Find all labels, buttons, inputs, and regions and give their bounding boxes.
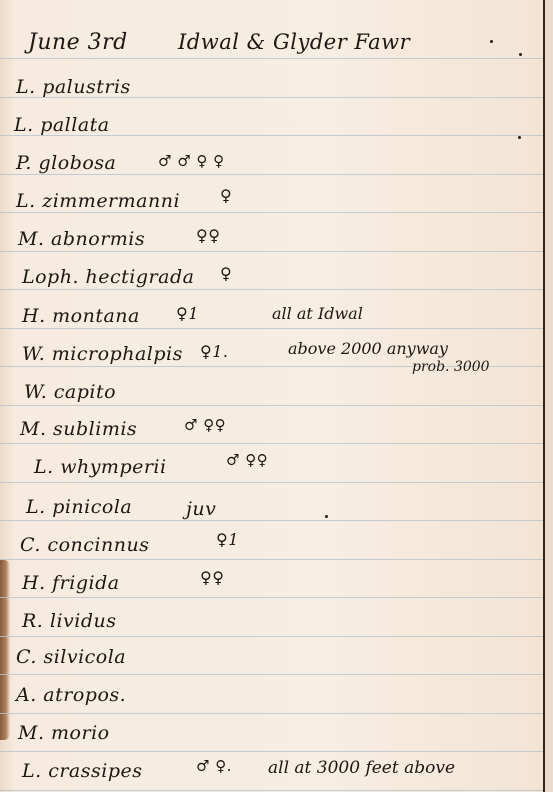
entry-sex-mark: ♂ ♀♀ [184, 416, 226, 434]
ruled-line [0, 674, 543, 675]
ruled-line [0, 212, 543, 213]
entry-sex-mark: ♀♀ [200, 568, 224, 587]
heading-date: June 3rd [28, 30, 128, 55]
ruled-line [0, 636, 543, 637]
altitude-note: all at 3000 feet above [268, 758, 455, 778]
ruled-line [0, 443, 543, 444]
entry-name: L. palustris [16, 76, 131, 98]
location-note: all at Idwal [272, 304, 363, 323]
entry-sex-mark: ♀ [220, 264, 232, 283]
ruled-line [0, 520, 543, 521]
adjacent-page-edge [545, 0, 553, 792]
entry-sex-mark: ♀1. [200, 342, 228, 361]
entry-name: L. zimmermanni [16, 190, 180, 212]
entry-name: L. pinicola [26, 496, 132, 518]
entry-sex-mark: ♀ [220, 186, 232, 205]
ruled-line [0, 289, 543, 290]
ink-spot [490, 40, 493, 43]
ink-spot [325, 515, 328, 518]
entry-sex-mark: ♂ ♂ ♀ ♀ [158, 152, 225, 170]
entry-name: L. crassipes [22, 760, 142, 782]
entry-name: Loph. hectigrada [22, 266, 194, 288]
entry-name: P. globosa [16, 152, 116, 174]
entry-name: M. abnormis [18, 228, 145, 250]
entry-name: H. frigida [22, 572, 120, 594]
altitude-note-secondary: prob. 3000 [412, 359, 490, 375]
entry-name: C. silvicola [16, 646, 126, 668]
ruled-line [0, 597, 543, 598]
entry-name: C. concinnus [20, 534, 149, 556]
entry-sex-mark: ♀1 [176, 304, 199, 323]
entry-name: L. whymperii [34, 456, 167, 478]
entry-name: L. pallata [14, 114, 110, 136]
page-edge [543, 0, 545, 792]
entry-sex-mark: juv [186, 498, 216, 520]
ruled-line [0, 328, 543, 329]
entry-sex-mark: ♂ ♀. [196, 757, 232, 775]
entry-sex-mark: ♀♀ [196, 226, 220, 245]
entry-name: M. sublimis [20, 418, 137, 440]
heading-location: Idwal & Glyder Fawr [178, 30, 410, 54]
entry-name: M. morio [18, 722, 110, 744]
ruled-line [0, 174, 543, 175]
ink-spot [518, 136, 521, 139]
ruled-line [0, 713, 543, 714]
ruled-line [0, 751, 543, 752]
entry-name: R. lividus [22, 610, 117, 632]
ruled-line [0, 559, 543, 560]
altitude-note: above 2000 anyway [288, 339, 448, 358]
entry-name: H. montana [22, 305, 140, 327]
ruled-line [0, 251, 543, 252]
entry-name: A. atropos. [16, 684, 126, 706]
notebook-page: June 3rd Idwal & Glyder Fawr L. palustri… [0, 0, 553, 792]
ruled-line [0, 405, 543, 406]
entry-name: W. capito [24, 381, 116, 403]
ruled-line [0, 482, 543, 483]
entry-name: W. microphalpis [22, 343, 183, 365]
entry-sex-mark: ♂ ♀♀ [226, 451, 268, 469]
ruled-line [0, 58, 543, 59]
ink-spot [519, 53, 522, 56]
entry-sex-mark: ♀1 [216, 530, 239, 549]
ruled-line [0, 790, 543, 791]
